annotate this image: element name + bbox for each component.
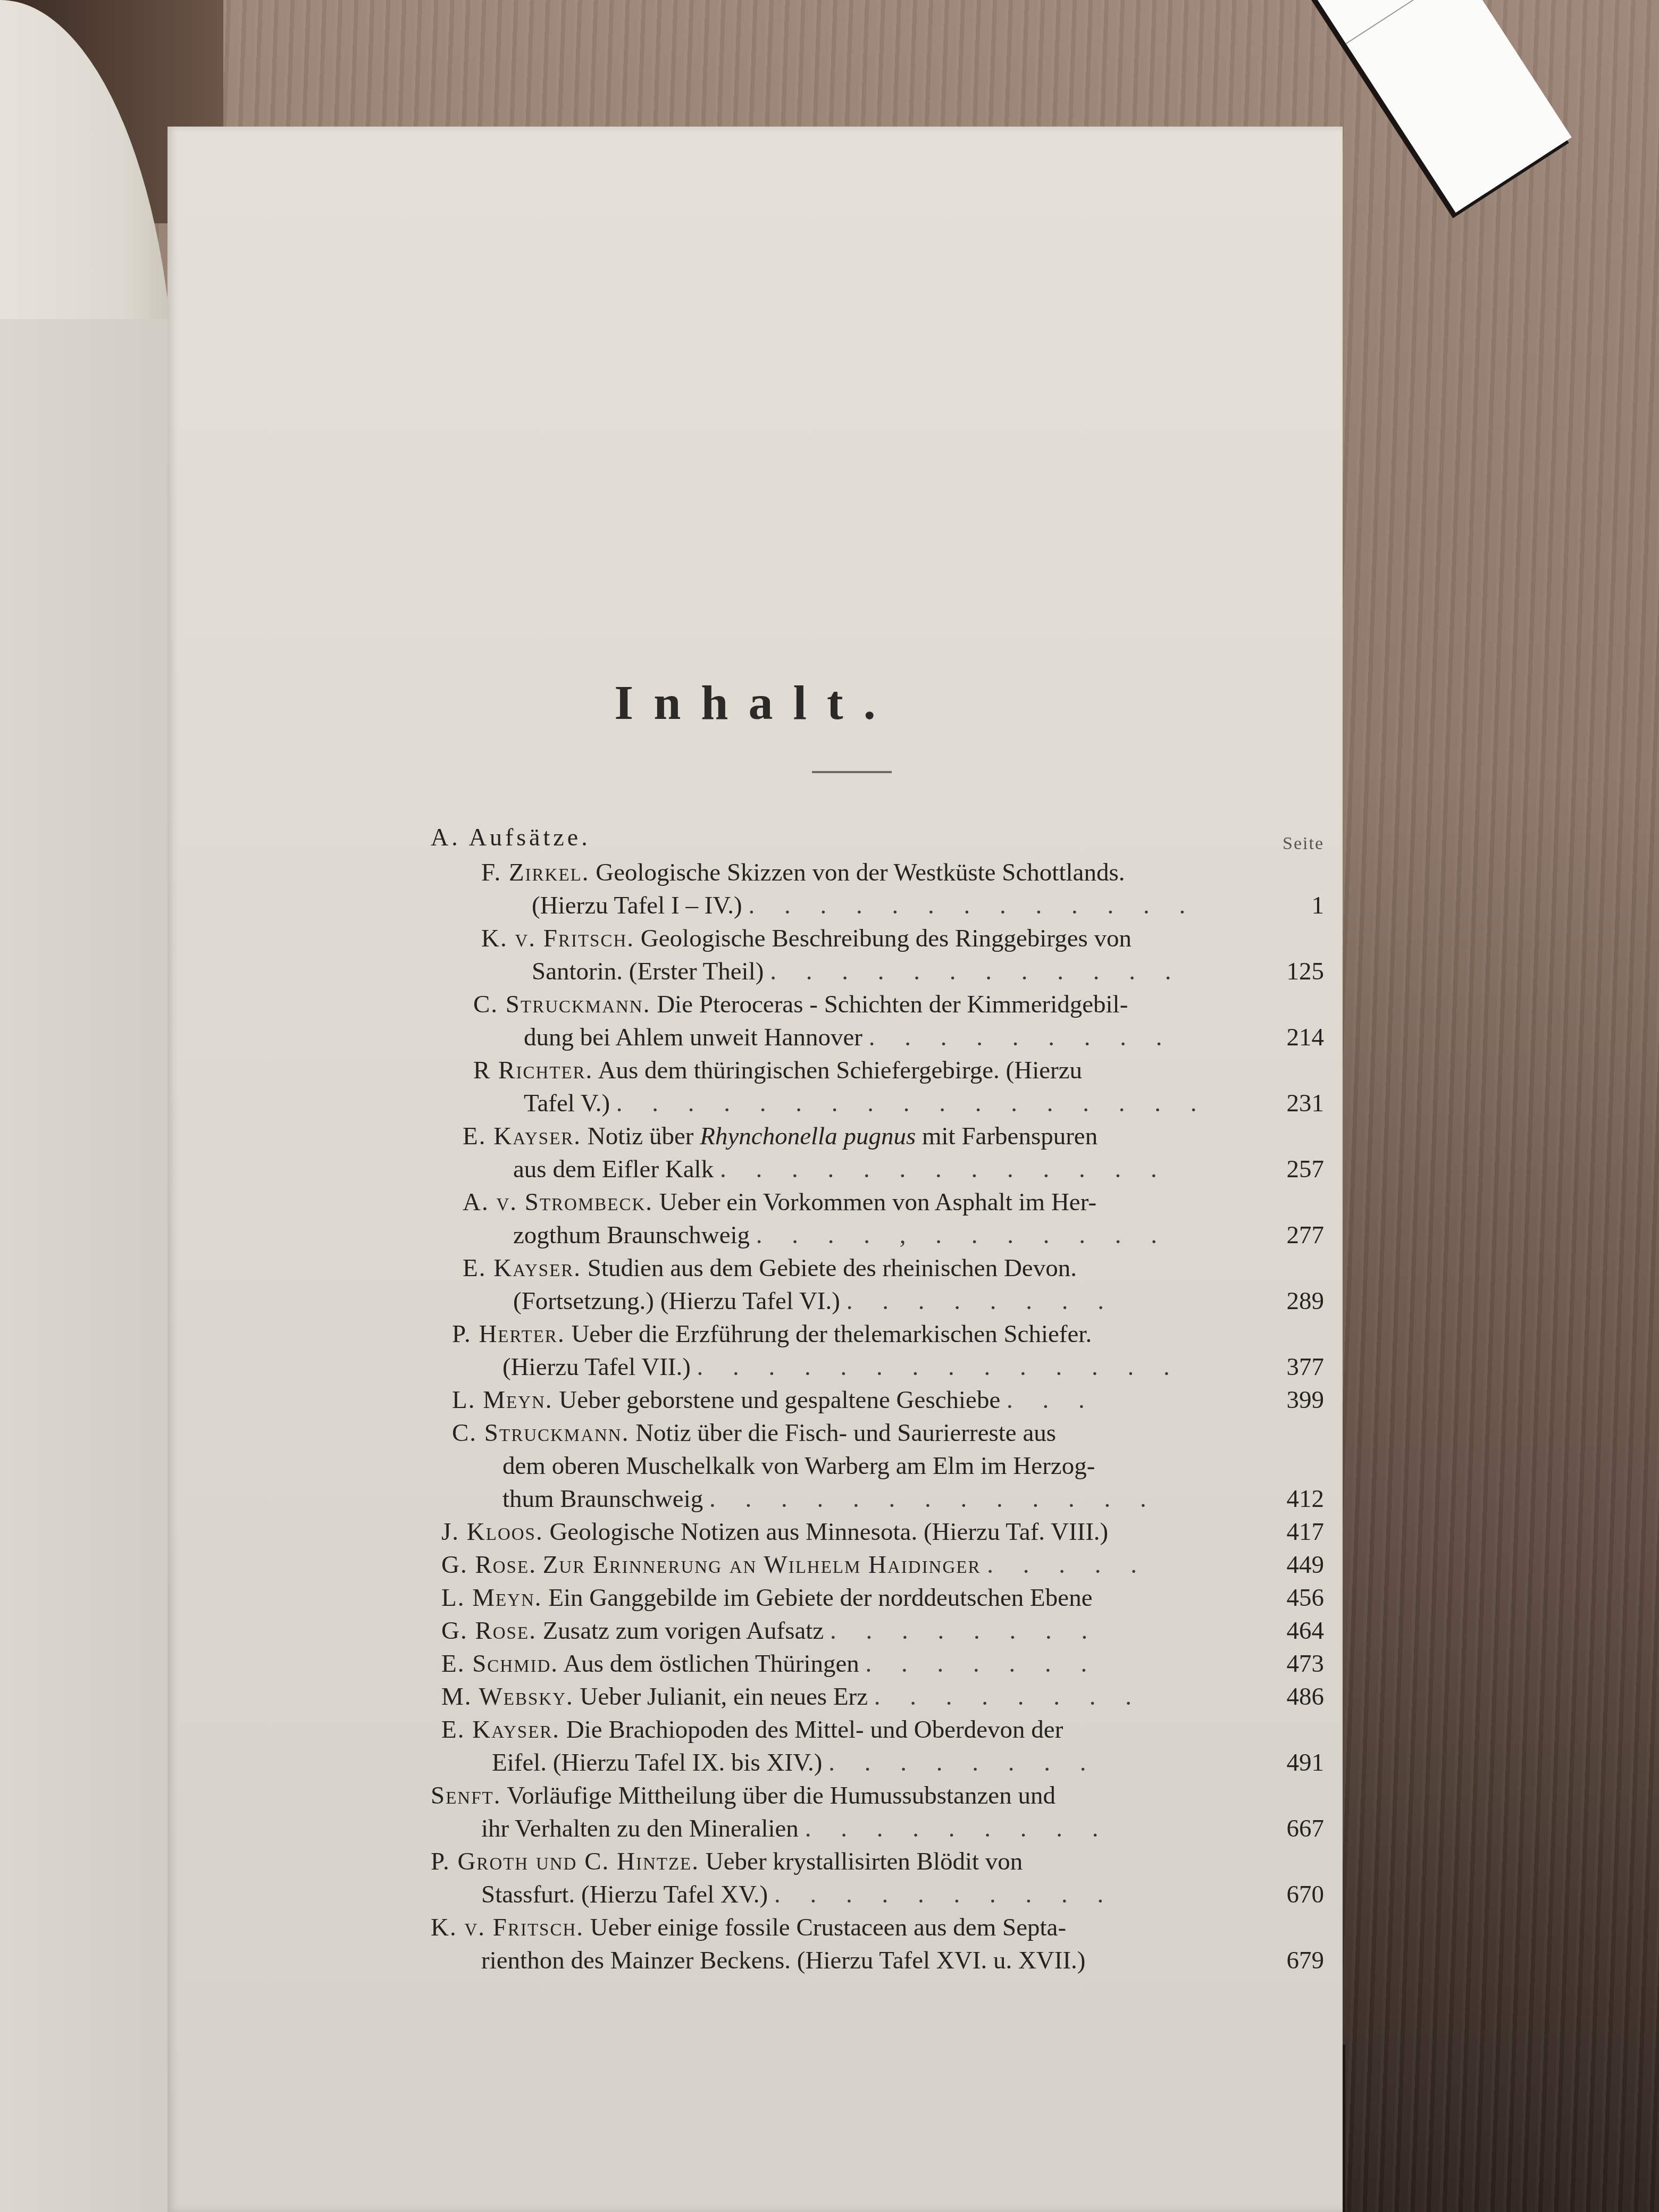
- entry-page-number: 456: [1255, 1581, 1324, 1614]
- entry-author: R Richter.: [473, 1057, 593, 1084]
- entry-author: L. Meyn.: [441, 1584, 542, 1612]
- entry-title-cont: Eifel. (Hierzu Tafel IX. bis XIV.): [492, 1749, 822, 1777]
- dot-leader: . . . . . . . . . .: [774, 1881, 1115, 1908]
- entry-title: Die Pteroceras - Schichten der Kimmeridg…: [657, 991, 1128, 1018]
- entry-title: Die Brachiopoden des Mittel- und Oberdev…: [566, 1716, 1063, 1744]
- toc-entry: Senft. Vorläufige Mittheilung über die H…: [431, 1779, 1324, 1845]
- entry-title: Ueber einige fossile Crustaceen aus dem …: [590, 1914, 1066, 1941]
- toc-entry: F. Zirkel. Geologische Skizzen von der W…: [481, 856, 1324, 922]
- toc-entry: R Richter. Aus dem thüringischen Schiefe…: [473, 1054, 1324, 1120]
- dot-leader: . . .: [1007, 1386, 1096, 1414]
- entry-title: Geologische Skizzen von der Westküste Sc…: [596, 859, 1125, 886]
- entry-page-number: 214: [1255, 1021, 1324, 1054]
- entry-title-cont: (Hierzu Tafel VII.): [502, 1353, 691, 1381]
- entry-page-number: 377: [1255, 1351, 1324, 1384]
- entry-title-cont: ihr Verhalten zu den Mineralien: [481, 1815, 799, 1842]
- dot-leader: . . . . . . .: [866, 1650, 1099, 1678]
- entry-page-number: 257: [1255, 1153, 1324, 1186]
- entry-author: P. Herter.: [452, 1320, 565, 1348]
- entry-title: Ueber Julianit, ein neues Erz: [580, 1683, 868, 1711]
- toc-entry: E. Schmid. Aus dem östlichen Thüringen .…: [441, 1647, 1324, 1680]
- page-column-label: Seite: [1283, 834, 1324, 854]
- left-facing-page-lower: [0, 319, 170, 2212]
- toc-entry: A. v. Strombeck. Ueber ein Vorkommen von…: [463, 1186, 1324, 1252]
- entry-title: Ueber geborstene und gespaltene Geschieb…: [559, 1386, 1000, 1414]
- entry-page-number: 670: [1255, 1878, 1324, 1911]
- entry-author: M. Websky.: [441, 1683, 574, 1711]
- toc-entry: P. Herter. Ueber die Erzführung der thel…: [452, 1318, 1324, 1384]
- entry-title-cont: thum Braunschweig: [502, 1485, 703, 1513]
- toc-entry: J. Kloos. Geologische Notizen aus Minnes…: [441, 1515, 1324, 1548]
- entry-page-number: 449: [1255, 1548, 1324, 1581]
- toc-entry: L. Meyn. Ueber geborstene und gespaltene…: [452, 1384, 1324, 1417]
- book-page: Inhalt. A. Aufsätze. Seite F. Zirkel. Ge…: [167, 127, 1343, 2212]
- entry-title-cont: dem oberen Muschelkalk von Warberg am El…: [502, 1452, 1095, 1480]
- entry-author: J. Kloos.: [441, 1518, 543, 1546]
- entry-page-number: 417: [1255, 1515, 1324, 1548]
- entry-title: Aus dem thüringischen Schiefergebirge. (…: [598, 1057, 1083, 1084]
- dot-leader: . . . . . . . . . . . . .: [720, 1155, 1169, 1183]
- dot-leader: . . . . . . . . . . . .: [770, 958, 1183, 985]
- page-title: Inhalt.: [167, 674, 1343, 731]
- entry-title-cont: (Hierzu Tafel I – IV.): [532, 892, 742, 919]
- entry-author: P. Groth und C. Hintze.: [431, 1848, 699, 1875]
- entry-title-cont: zogthum Braunschweig: [513, 1221, 750, 1249]
- entry-author: G. Rose.: [441, 1551, 537, 1579]
- dot-leader: . . . . .: [987, 1551, 1149, 1579]
- entry-title-cont: Tafel V.): [524, 1090, 610, 1117]
- entry-title: Zusatz zum vorigen Aufsatz: [543, 1617, 824, 1645]
- entry-title: Geologische Beschreibung des Ringgebirge…: [641, 925, 1132, 952]
- dot-leader: . . . . . . . . .: [869, 1024, 1174, 1051]
- dot-leader: . . . . . . . .: [847, 1287, 1116, 1315]
- entry-author: K. v. Fritsch.: [481, 925, 634, 952]
- entry-title-cont: Stassfurt. (Hierzu Tafel XV.): [481, 1881, 768, 1908]
- toc-entry: G. Rose. Zusatz zum vorigen Aufsatz . . …: [441, 1614, 1324, 1647]
- entry-title: Ueber krystallisirten Blödit von: [706, 1848, 1023, 1875]
- toc-entry: M. Websky. Ueber Julianit, ein neues Erz…: [441, 1680, 1324, 1713]
- entry-title: Notiz über: [588, 1122, 700, 1150]
- entry-author: G. Rose.: [441, 1617, 537, 1645]
- entry-author: F. Zirkel.: [481, 859, 589, 886]
- toc-entry: C. Struckmann. Notiz über die Fisch- und…: [452, 1417, 1324, 1515]
- entry-title: Ueber die Erzführung der thelemarkischen…: [571, 1320, 1092, 1348]
- entry-author: E. Schmid.: [441, 1650, 558, 1678]
- entry-title: Zur Erinnerung an Wilhelm Haidinger: [543, 1551, 981, 1579]
- entry-author: E. Kayser.: [463, 1122, 581, 1150]
- entry-page-number: 464: [1255, 1614, 1324, 1647]
- entry-title: Geologische Notizen aus Minnesota. (Hier…: [549, 1518, 1108, 1546]
- entry-author: C. Struckmann.: [473, 991, 650, 1018]
- toc-entry: E. Kayser. Notiz über Rhynchonella pugnu…: [463, 1120, 1324, 1186]
- title-divider: [812, 771, 892, 773]
- entry-author: A. v. Strombeck.: [463, 1188, 653, 1216]
- entry-page-number: 1: [1255, 889, 1324, 922]
- entry-title-cont: dung bei Ahlem unweit Hannover: [524, 1024, 862, 1051]
- dot-leader: . . . . . . . . . . . . . . . . .: [616, 1090, 1209, 1117]
- entry-author: K. v. Fritsch.: [431, 1914, 584, 1941]
- entry-page-number: 399: [1255, 1384, 1324, 1417]
- entry-title-italic: Rhynchonella pugnus: [700, 1122, 916, 1150]
- entry-page-number: 277: [1255, 1219, 1324, 1252]
- entry-title: Notiz über die Fisch- und Saurierreste a…: [635, 1419, 1056, 1447]
- strip-fold-line: [1346, 0, 1462, 44]
- dot-leader: . . . . , . . . . . . .: [756, 1221, 1169, 1249]
- entry-title: Ueber ein Vorkommen von Asphalt im Her-: [659, 1188, 1096, 1216]
- toc-entry: G. Rose. Zur Erinnerung an Wilhelm Haidi…: [441, 1548, 1324, 1581]
- toc-entry: P. Groth und C. Hintze. Ueber krystallis…: [431, 1845, 1324, 1911]
- toc-entry: L. Meyn. Ein Ganggebilde im Gebiete der …: [441, 1581, 1324, 1614]
- section-label: A. Aufsätze.: [431, 824, 591, 851]
- entry-title-cont: (Fortsetzung.) (Hierzu Tafel VI.): [513, 1287, 840, 1315]
- entry-page-number: 125: [1255, 955, 1324, 988]
- entry-page-number: 486: [1255, 1680, 1324, 1713]
- toc-entry: K. v. Fritsch. Ueber einige fossile Crus…: [431, 1911, 1324, 1977]
- dot-leader: . . . . . . . .: [874, 1683, 1143, 1711]
- toc-entry: C. Struckmann. Die Pteroceras - Schichte…: [473, 988, 1324, 1054]
- entry-title-cont: aus dem Eifler Kalk: [513, 1155, 714, 1183]
- entry-page-number: 667: [1255, 1812, 1324, 1845]
- entry-title: Studien aus dem Gebiete des rheinischen …: [588, 1254, 1077, 1282]
- entry-page-number: 231: [1255, 1087, 1324, 1120]
- entry-title: Ein Ganggebilde im Gebiete der norddeuts…: [548, 1584, 1092, 1612]
- toc-entry: K. v. Fritsch. Geologische Beschreibung …: [481, 922, 1324, 988]
- dot-leader: . . . . . . . . . . . . . .: [697, 1353, 1182, 1381]
- dot-leader: . . . . . . . . .: [805, 1815, 1110, 1842]
- entry-page-number: 679: [1255, 1944, 1324, 1977]
- table-of-contents: A. Aufsätze. Seite F. Zirkel. Geologisch…: [431, 823, 1324, 1977]
- entry-page-number: 473: [1255, 1647, 1324, 1680]
- entry-page-number: 412: [1255, 1482, 1324, 1515]
- dot-leader: . . . . . . . .: [828, 1749, 1097, 1777]
- dot-leader: . . . . . . . . . . . . .: [748, 892, 1197, 919]
- entry-title: mit Farbenspuren: [916, 1122, 1097, 1150]
- entry-title: Aus dem östlichen Thüringen: [563, 1650, 859, 1678]
- dot-leader: . . . . . . . .: [830, 1617, 1099, 1645]
- toc-entry: E. Kayser. Die Brachiopoden des Mittel- …: [441, 1713, 1324, 1779]
- entry-author: C. Struckmann.: [452, 1419, 629, 1447]
- dot-leader: . . . . . . . . . . . . .: [709, 1485, 1158, 1513]
- entry-author: E. Kayser.: [441, 1716, 560, 1744]
- entry-title: Vorläufige Mittheilung über die Humussub…: [507, 1782, 1055, 1809]
- entry-title-cont: rienthon des Mainzer Beckens. (Hierzu Ta…: [481, 1947, 1086, 1974]
- entry-author: E. Kayser.: [463, 1254, 581, 1282]
- entry-author: L. Meyn.: [452, 1386, 553, 1414]
- section-heading: A. Aufsätze. Seite: [431, 823, 1324, 856]
- entry-title-cont: Santorin. (Erster Theil): [532, 958, 764, 985]
- entry-page-number: 289: [1255, 1285, 1324, 1318]
- entry-author: Senft.: [431, 1782, 501, 1809]
- entry-page-number: 491: [1255, 1746, 1324, 1779]
- toc-entry: E. Kayser. Studien aus dem Gebiete des r…: [463, 1252, 1324, 1318]
